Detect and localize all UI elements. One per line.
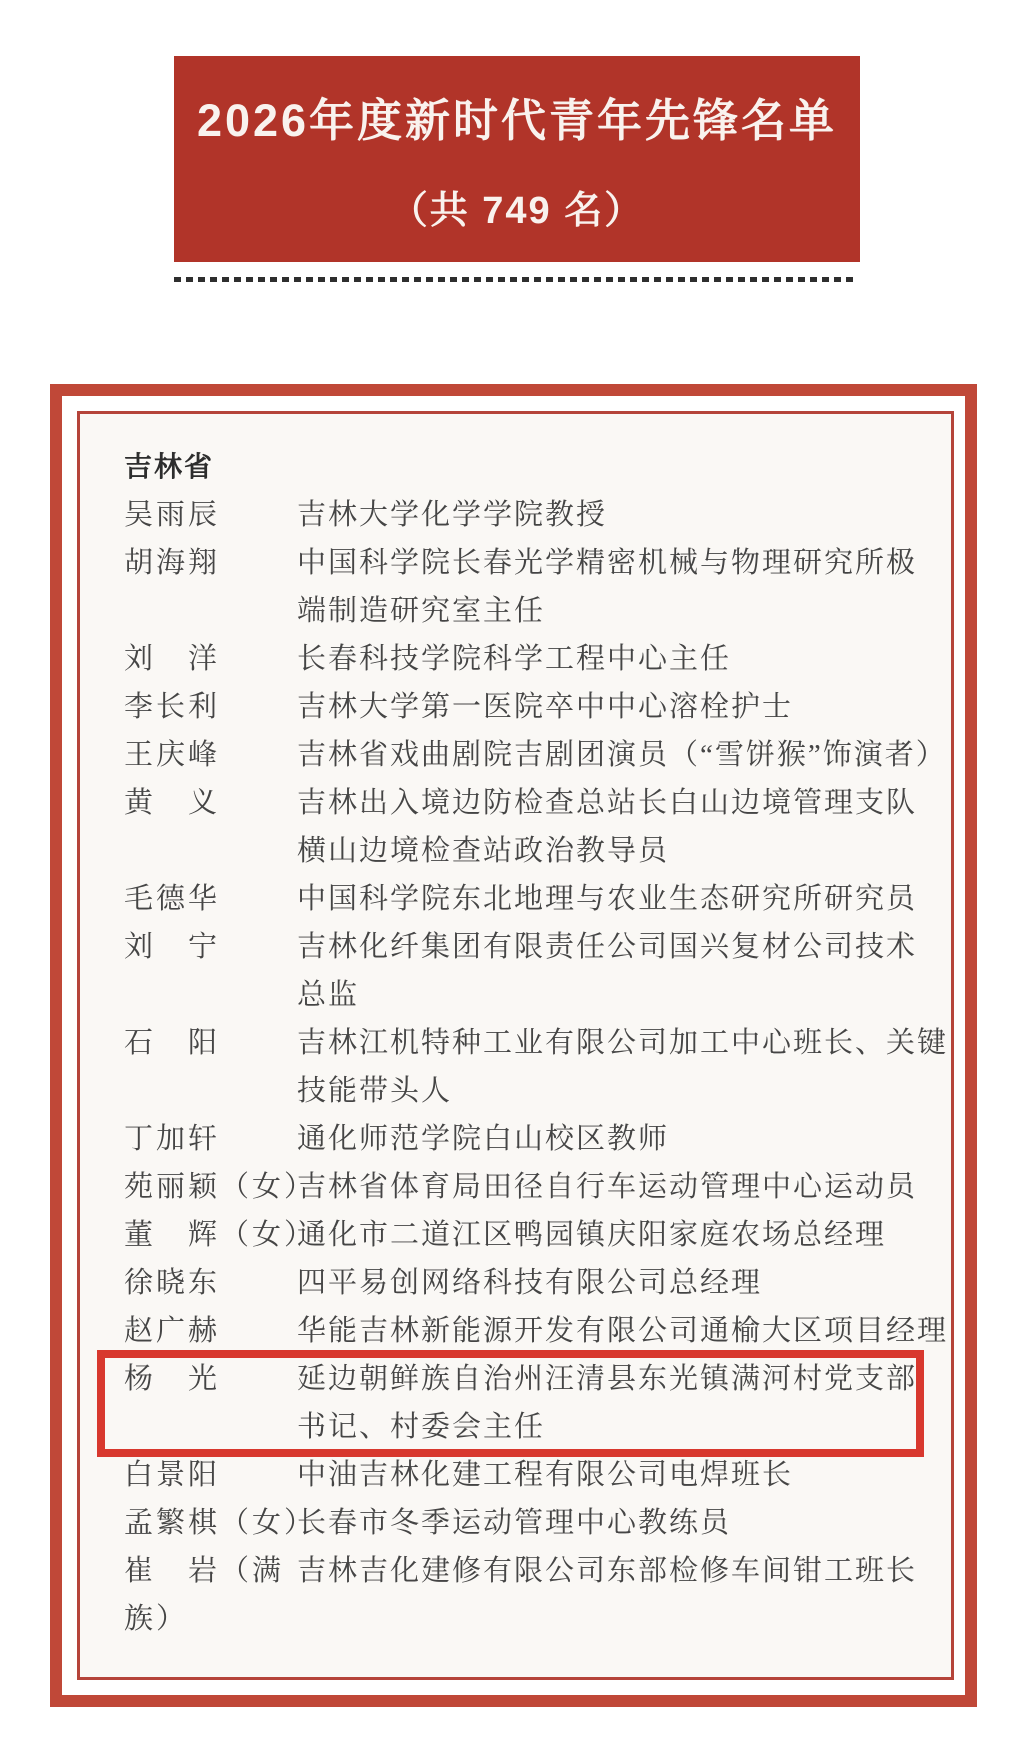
person-role: 四平易创网络科技有限公司总经理 [297,1259,949,1307]
person-role: 吉林化纤集团有限责任公司国兴复材公司技术 总监 [297,923,949,1019]
dashed-divider [174,277,858,282]
person-name: 徐晓东 [124,1259,297,1307]
person-role: 中油吉林化建工程有限公司电焊班长 [297,1451,949,1499]
person-name: 董 辉（女） [124,1211,297,1259]
person-role: 吉林出入境边防检查总站长白山边境管理支队 横山边境检查站政治教导员 [297,779,949,875]
list-item: 丁加轩 通化师范学院白山校区教师 [124,1115,949,1163]
list-outer-frame: 吉林省 吴雨辰 吉林大学化学学院教授 胡海翔 中国科学院长春光学精密机械与物理研… [50,384,977,1707]
person-role: 吉林大学第一医院卒中中心溶栓护士 [297,683,949,731]
list-item: 苑丽颖（女） 吉林省体育局田径自行车运动管理中心运动员 [124,1163,949,1211]
list-item: 白景阳 中油吉林化建工程有限公司电焊班长 [124,1451,949,1499]
list-item: 刘 宁 吉林化纤集团有限责任公司国兴复材公司技术 总监 [124,923,949,1019]
list-item-highlighted: 杨 光 延边朝鲜族自治州汪清县东光镇满河村党支部 书记、村委会主任 [124,1355,949,1451]
honoree-list: 吉林省 吴雨辰 吉林大学化学学院教授 胡海翔 中国科学院长春光学精密机械与物理研… [124,443,949,1643]
person-name: 孟繁棋（女） [124,1499,297,1547]
empty-cell [297,443,949,491]
person-name: 石 阳 [124,1019,297,1115]
person-role: 中国科学院长春光学精密机械与物理研究所极 端制造研究室主任 [297,539,949,635]
list-item: 李长利 吉林大学第一医院卒中中心溶栓护士 [124,683,949,731]
list-item: 徐晓东 四平易创网络科技有限公司总经理 [124,1259,949,1307]
person-name: 苑丽颖（女） [124,1163,297,1211]
person-name: 王庆峰 [124,731,297,779]
list-item: 董 辉（女） 通化市二道江区鸭园镇庆阳家庭农场总经理 [124,1211,949,1259]
person-role: 吉林省体育局田径自行车运动管理中心运动员 [297,1163,949,1211]
doc-title: 2026年度新时代青年先锋名单 [197,84,837,149]
list-item: 孟繁棋（女） 长春市冬季运动管理中心教练员 [124,1499,949,1547]
person-role: 吉林江机特种工业有限公司加工中心班长、关键 技能带头人 [297,1019,949,1115]
doc-subtitle: （共 749 名） [390,179,645,234]
list-item: 毛德华 中国科学院东北地理与农业生态研究所研究员 [124,875,949,923]
list-item: 吴雨辰 吉林大学化学学院教授 [124,491,949,539]
document-page: { "header": { "title": "2026年度新时代青年先锋名单"… [0,0,1028,1763]
person-name: 崔 岩（满 族） [124,1547,297,1643]
person-name: 吴雨辰 [124,491,297,539]
person-role: 通化师范学院白山校区教师 [297,1115,949,1163]
list-item: 崔 岩（满 族） 吉林吉化建修有限公司东部检修车间钳工班长 [124,1547,949,1643]
person-name: 丁加轩 [124,1115,297,1163]
person-role: 延边朝鲜族自治州汪清县东光镇满河村党支部 书记、村委会主任 [297,1355,949,1451]
list-item: 胡海翔 中国科学院长春光学精密机械与物理研究所极 端制造研究室主任 [124,539,949,635]
person-name: 刘 宁 [124,923,297,1019]
person-role: 长春科技学院科学工程中心主任 [297,635,949,683]
list-item: 黄 义 吉林出入境边防检查总站长白山边境管理支队 横山边境检查站政治教导员 [124,779,949,875]
list-item: 刘 洋 长春科技学院科学工程中心主任 [124,635,949,683]
person-role: 长春市冬季运动管理中心教练员 [297,1499,949,1547]
person-role: 中国科学院东北地理与农业生态研究所研究员 [297,875,949,923]
person-name: 胡海翔 [124,539,297,635]
title-banner: 2026年度新时代青年先锋名单 （共 749 名） [174,56,860,262]
person-name: 黄 义 [124,779,297,875]
person-role: 吉林省戏曲剧院吉剧团演员（“雪饼猴”饰演者） [297,731,949,779]
person-role: 通化市二道江区鸭园镇庆阳家庭农场总经理 [297,1211,949,1259]
list-item: 赵广赫 华能吉林新能源开发有限公司通榆大区项目经理 [124,1307,949,1355]
person-role: 吉林吉化建修有限公司东部检修车间钳工班长 [297,1547,949,1643]
person-role: 华能吉林新能源开发有限公司通榆大区项目经理 [297,1307,949,1355]
person-name: 毛德华 [124,875,297,923]
list-item: 石 阳 吉林江机特种工业有限公司加工中心班长、关键 技能带头人 [124,1019,949,1115]
person-name: 刘 洋 [124,635,297,683]
person-role: 吉林大学化学学院教授 [297,491,949,539]
person-name: 杨 光 [124,1355,297,1451]
province-section-header: 吉林省 [124,443,949,491]
province-label: 吉林省 [124,443,297,491]
list-item: 王庆峰 吉林省戏曲剧院吉剧团演员（“雪饼猴”饰演者） [124,731,949,779]
person-name: 李长利 [124,683,297,731]
person-name: 赵广赫 [124,1307,297,1355]
list-inner-frame: 吉林省 吴雨辰 吉林大学化学学院教授 胡海翔 中国科学院长春光学精密机械与物理研… [77,411,954,1680]
person-name: 白景阳 [124,1451,297,1499]
